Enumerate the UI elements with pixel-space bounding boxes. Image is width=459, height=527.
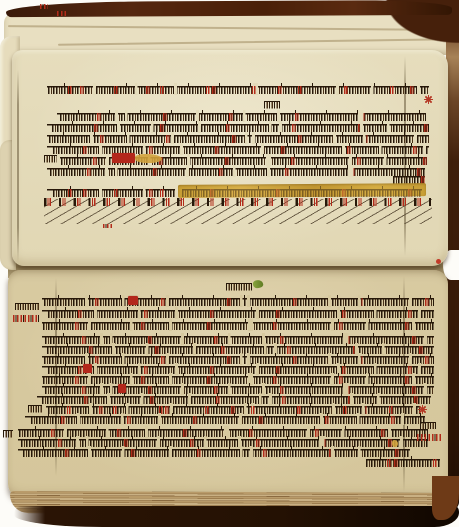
ochre-smudge	[392, 440, 398, 447]
page-crease	[17, 70, 19, 262]
book-spine-top-edge	[6, 0, 452, 17]
bottom-page-final-fragment: गपे सनबः ॥३॥	[366, 456, 440, 468]
margin-note	[28, 404, 42, 413]
red-folio-mark	[40, 2, 48, 9]
margin-note-right	[420, 421, 436, 429]
bottom-page-line: श्रमक्तापि स्थामक्रिं ग्हितीर्घा ॥४॥ क्र…	[18, 446, 410, 458]
bottom-page-line: हयापि स्त्रीत्वमावादेवे तद्दतज्ञवपि ॥२॥ …	[42, 295, 434, 307]
top-page-line: पर्वतसंनिमंतलसटशंरूधिराक्तचपुतिकमेंघास्य…	[47, 83, 429, 95]
ochre-smudge	[135, 154, 162, 163]
margin-note-number	[13, 313, 39, 323]
tally-row	[44, 197, 432, 224]
red-pigment-patch	[118, 384, 126, 393]
book-edge-bottom	[14, 506, 459, 527]
margin-note-chapter	[15, 302, 39, 310]
bottom-page-line: महिसोढ्व यैसम सोढ्ययै क्रुचिंते विलीयमेर…	[42, 307, 434, 319]
manuscript-photo: पर्वतसंनिमंतलसटशंरूधिराक्तचपुतिकमेंघास्य…	[0, 0, 459, 527]
red-pigment-patch	[112, 153, 135, 163]
top-page-line: प्रोत्स्त्र स्यामि पश्यमां ॥ तकुल्लार ॥ …	[47, 165, 425, 177]
top-page-margin-mark	[44, 154, 57, 163]
margin-note-right-number	[417, 432, 441, 442]
red-mark-below-tally	[103, 222, 113, 228]
red-dot-mark	[436, 259, 441, 264]
bottom-page-line: तितंमुवै ॥२४॥ दृष्ट्वान स्त्राप्तमाहेदं …	[25, 413, 425, 425]
red-pigment-patch	[83, 364, 92, 373]
bottom-page-header	[226, 282, 252, 291]
top-page-centered-word	[264, 100, 280, 109]
red-folio-mark	[57, 9, 66, 16]
margin-note	[3, 429, 13, 438]
red-asterisk-mark	[418, 405, 427, 414]
red-pigment-patch	[128, 296, 138, 305]
red-asterisk-mark	[424, 95, 433, 104]
bottom-page-line: रि सारिसेवो घनानिन्वङ्कजचिं ॥ स्वयं तिरी…	[42, 319, 434, 331]
